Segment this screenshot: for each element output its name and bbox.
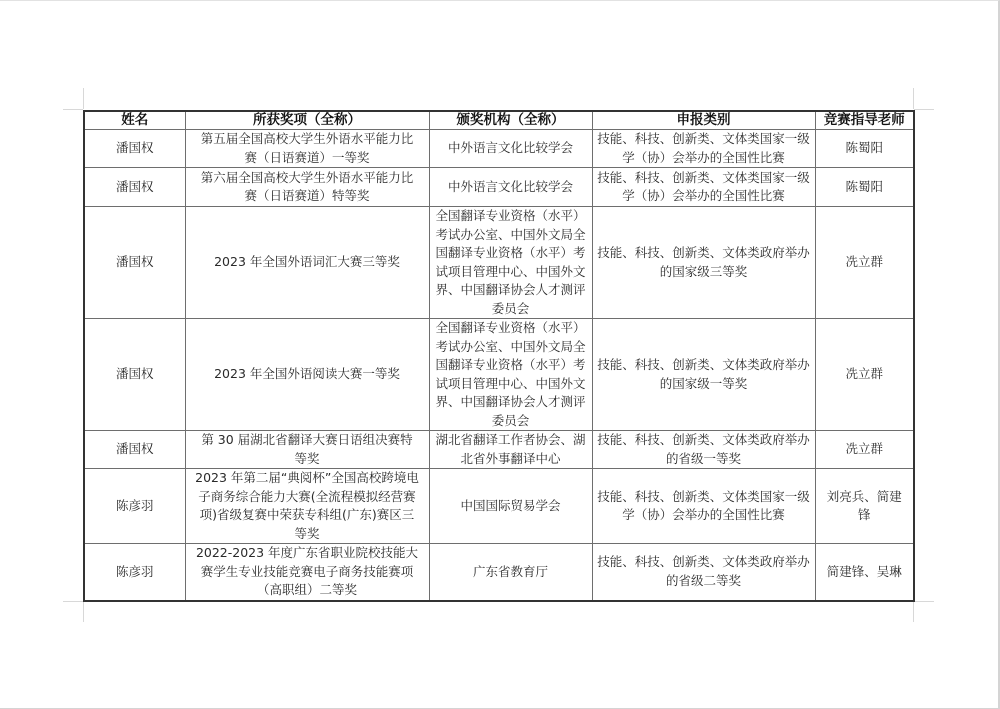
crop-mark-bottom-left-v bbox=[83, 601, 84, 622]
cell-name: 陈彦羽 bbox=[84, 469, 185, 544]
table-row: 潘国权 2023 年全国外语词汇大赛三等奖 全国翻译专业资格（水平）考试办公室、… bbox=[84, 207, 914, 319]
cell-category: 技能、科技、创新类、文体类国家一级学（协）会举办的全国性比赛 bbox=[592, 130, 815, 168]
cell-advisor: 陈蜀阳 bbox=[815, 130, 914, 168]
cell-advisor: 冼立群 bbox=[815, 319, 914, 431]
awards-table: 姓名 所获奖项（全称） 颁奖机构（全称） 申报类别 竞赛指导老师 潘国权 第五届… bbox=[83, 110, 915, 602]
table-row: 潘国权 2023 年全国外语阅读大赛一等奖 全国翻译专业资格（水平）考试办公室、… bbox=[84, 319, 914, 431]
table-row: 潘国权 第五届全国高校大学生外语水平能力比赛（日语赛道）一等奖 中外语言文化比较… bbox=[84, 130, 914, 168]
cell-advisor: 冼立群 bbox=[815, 431, 914, 469]
crop-mark-bottom-right-h bbox=[914, 601, 934, 602]
cell-name: 潘国权 bbox=[84, 168, 185, 207]
header-award: 所获奖项（全称） bbox=[185, 111, 429, 130]
cell-award: 2022-2023 年度广东省职业院校技能大赛学生专业技能竞赛电子商务技能赛项（… bbox=[185, 544, 429, 601]
cell-award: 2023 年第二届“典阅杯”全国高校跨境电子商务综合能力大赛(全流程模拟经营赛项… bbox=[185, 469, 429, 544]
cell-issuer: 湖北省翻译工作者协会、湖北省外事翻译中心 bbox=[429, 431, 592, 469]
cell-advisor: 冼立群 bbox=[815, 207, 914, 319]
cell-category: 技能、科技、创新类、文体类政府举办的省级一等奖 bbox=[592, 431, 815, 469]
cell-advisor: 陈蜀阳 bbox=[815, 168, 914, 207]
crop-mark-top-left-v bbox=[83, 88, 84, 109]
table-header-row: 姓名 所获奖项（全称） 颁奖机构（全称） 申报类别 竞赛指导老师 bbox=[84, 111, 914, 130]
cell-issuer: 中外语言文化比较学会 bbox=[429, 130, 592, 168]
crop-mark-top-right-h bbox=[914, 109, 934, 110]
header-category: 申报类别 bbox=[592, 111, 815, 130]
crop-mark-top-left-h bbox=[63, 109, 83, 110]
table-row: 潘国权 第六届全国高校大学生外语水平能力比赛（日语赛道）特等奖 中外语言文化比较… bbox=[84, 168, 914, 207]
cell-issuer: 广东省教育厅 bbox=[429, 544, 592, 601]
crop-mark-bottom-right-v bbox=[913, 601, 914, 622]
cell-issuer: 中外语言文化比较学会 bbox=[429, 168, 592, 207]
cell-category: 技能、科技、创新类、文体类政府举办的国家级三等奖 bbox=[592, 207, 815, 319]
cell-advisor: 简建锋、吴琳 bbox=[815, 544, 914, 601]
cell-issuer: 全国翻译专业资格（水平）考试办公室、中国外文局全国翻译专业资格（水平）考试项目管… bbox=[429, 319, 592, 431]
cell-name: 潘国权 bbox=[84, 207, 185, 319]
header-advisor: 竞赛指导老师 bbox=[815, 111, 914, 130]
document-page: 姓名 所获奖项（全称） 颁奖机构（全称） 申报类别 竞赛指导老师 潘国权 第五届… bbox=[0, 0, 1000, 709]
cell-award: 第五届全国高校大学生外语水平能力比赛（日语赛道）一等奖 bbox=[185, 130, 429, 168]
cell-award: 2023 年全国外语词汇大赛三等奖 bbox=[185, 207, 429, 319]
cell-name: 潘国权 bbox=[84, 431, 185, 469]
cell-category: 技能、科技、创新类、文体类政府举办的国家级一等奖 bbox=[592, 319, 815, 431]
cell-issuer: 全国翻译专业资格（水平）考试办公室、中国外文局全国翻译专业资格（水平）考试项目管… bbox=[429, 207, 592, 319]
cell-category: 技能、科技、创新类、文体类国家一级学（协）会举办的全国性比赛 bbox=[592, 168, 815, 207]
cell-name: 潘国权 bbox=[84, 319, 185, 431]
table-row: 陈彦羽 2023 年第二届“典阅杯”全国高校跨境电子商务综合能力大赛(全流程模拟… bbox=[84, 469, 914, 544]
cell-award: 2023 年全国外语阅读大赛一等奖 bbox=[185, 319, 429, 431]
table-row: 潘国权 第 30 届湖北省翻译大赛日语组决赛特等奖 湖北省翻译工作者协会、湖北省… bbox=[84, 431, 914, 469]
cell-advisor: 刘亮兵、简建锋 bbox=[815, 469, 914, 544]
cell-award: 第六届全国高校大学生外语水平能力比赛（日语赛道）特等奖 bbox=[185, 168, 429, 207]
cell-category: 技能、科技、创新类、文体类政府举办的省级二等奖 bbox=[592, 544, 815, 601]
cell-name: 潘国权 bbox=[84, 130, 185, 168]
cell-name: 陈彦羽 bbox=[84, 544, 185, 601]
table-row: 陈彦羽 2022-2023 年度广东省职业院校技能大赛学生专业技能竞赛电子商务技… bbox=[84, 544, 914, 601]
cell-issuer: 中国国际贸易学会 bbox=[429, 469, 592, 544]
crop-mark-bottom-left-h bbox=[63, 601, 83, 602]
cell-category: 技能、科技、创新类、文体类国家一级学（协）会举办的全国性比赛 bbox=[592, 469, 815, 544]
cell-award: 第 30 届湖北省翻译大赛日语组决赛特等奖 bbox=[185, 431, 429, 469]
header-issuer: 颁奖机构（全称） bbox=[429, 111, 592, 130]
header-name: 姓名 bbox=[84, 111, 185, 130]
crop-mark-top-right-v bbox=[913, 88, 914, 109]
